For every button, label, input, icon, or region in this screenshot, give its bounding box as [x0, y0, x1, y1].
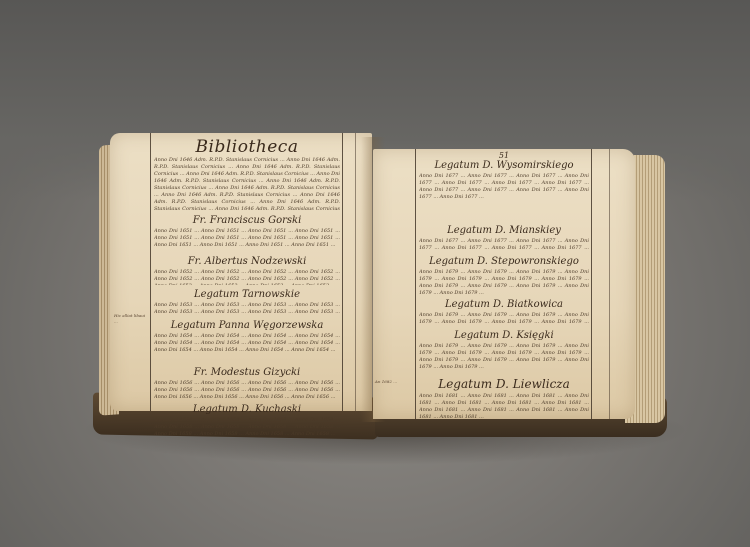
entry: Anno Dni 1658 ... Anno Dni 1658 ... Anno…: [154, 417, 340, 437]
section-heading: Legatum D. Stepowronskiego: [419, 256, 589, 267]
entry: Anno Dni 1677 ... Anno Dni 1677 ... Anno…: [419, 173, 589, 221]
outer-margin-rule: [355, 133, 356, 411]
section-heading: Legatum Tarnowskie: [154, 289, 340, 300]
section-heading: Legatum D. Biatkowica: [419, 299, 589, 310]
margin-note: An 1682 ...: [375, 379, 415, 385]
open-manuscript-book: Bibliotheca Anno Dni 1646 Adm. R.P.D. St…: [85, 125, 675, 445]
page-number: 51: [419, 151, 589, 160]
left-page-content: Bibliotheca Anno Dni 1646 Adm. R.P.D. St…: [154, 137, 340, 437]
entry: Anno Dni 1652 ... Anno Dni 1652 ... Anno…: [154, 269, 340, 285]
margin-note: Hic alliat libaui ...: [114, 313, 148, 325]
right-page: 51 Legatum D. Wysomirskiego Anno Dni 167…: [373, 149, 635, 419]
section-heading: Legatum D. Wysomirskiego: [419, 160, 589, 171]
left-page: Bibliotheca Anno Dni 1646 Adm. R.P.D. St…: [110, 133, 372, 411]
section-heading: Fr. Modestus Gizycki: [154, 367, 340, 378]
section-heading: Fr. Albertus Nodzewski: [154, 256, 340, 267]
entry: Anno Dni 1677 ... Anno Dni 1677 ... Anno…: [419, 238, 589, 252]
entry: Anno Dni 1653 ... Anno Dni 1653 ... Anno…: [154, 302, 340, 316]
entry: Anno Dni 1679 ... Anno Dni 1679 ... Anno…: [419, 312, 589, 326]
entry: Anno Dni 1651 ... Anno Dni 1651 ... Anno…: [154, 228, 340, 252]
section-heading: Legatum D. Liewlicza: [419, 377, 589, 391]
section-heading: Legatum Panna Węgorzewska: [154, 320, 340, 331]
photo-scene: Bibliotheca Anno Dni 1646 Adm. R.P.D. St…: [0, 0, 750, 547]
entry: Anno Dni 1646 Adm. R.P.D. Stanislaus Cor…: [154, 157, 340, 211]
section-heading: Fr. Franciscus Gorski: [154, 215, 340, 226]
outer-margin-rule: [609, 149, 610, 419]
entry: Anno Dni 1654 ... Anno Dni 1654 ... Anno…: [154, 333, 340, 363]
entry: Anno Dni 1681 ... Anno Dni 1681 ... Anno…: [419, 393, 589, 431]
right-margin-rule: [342, 133, 343, 411]
left-margin-rule: [415, 149, 416, 419]
entry: Anno Dni 1679 ... Anno Dni 1679 ... Anno…: [419, 343, 589, 373]
section-heading: Legatum D. Kuchaski: [154, 404, 340, 415]
right-margin-rule: [591, 149, 592, 419]
left-margin-rule: [150, 133, 151, 411]
page-title: Bibliotheca: [154, 137, 340, 157]
entry: Anno Dni 1656 ... Anno Dni 1656 ... Anno…: [154, 380, 340, 400]
right-page-content: 51 Legatum D. Wysomirskiego Anno Dni 167…: [419, 151, 589, 431]
section-heading: Legatum D. Księgki: [419, 330, 589, 341]
entry: Anno Dni 1679 ... Anno Dni 1679 ... Anno…: [419, 269, 589, 295]
section-heading: Legatum D. Mianskiey: [419, 225, 589, 236]
